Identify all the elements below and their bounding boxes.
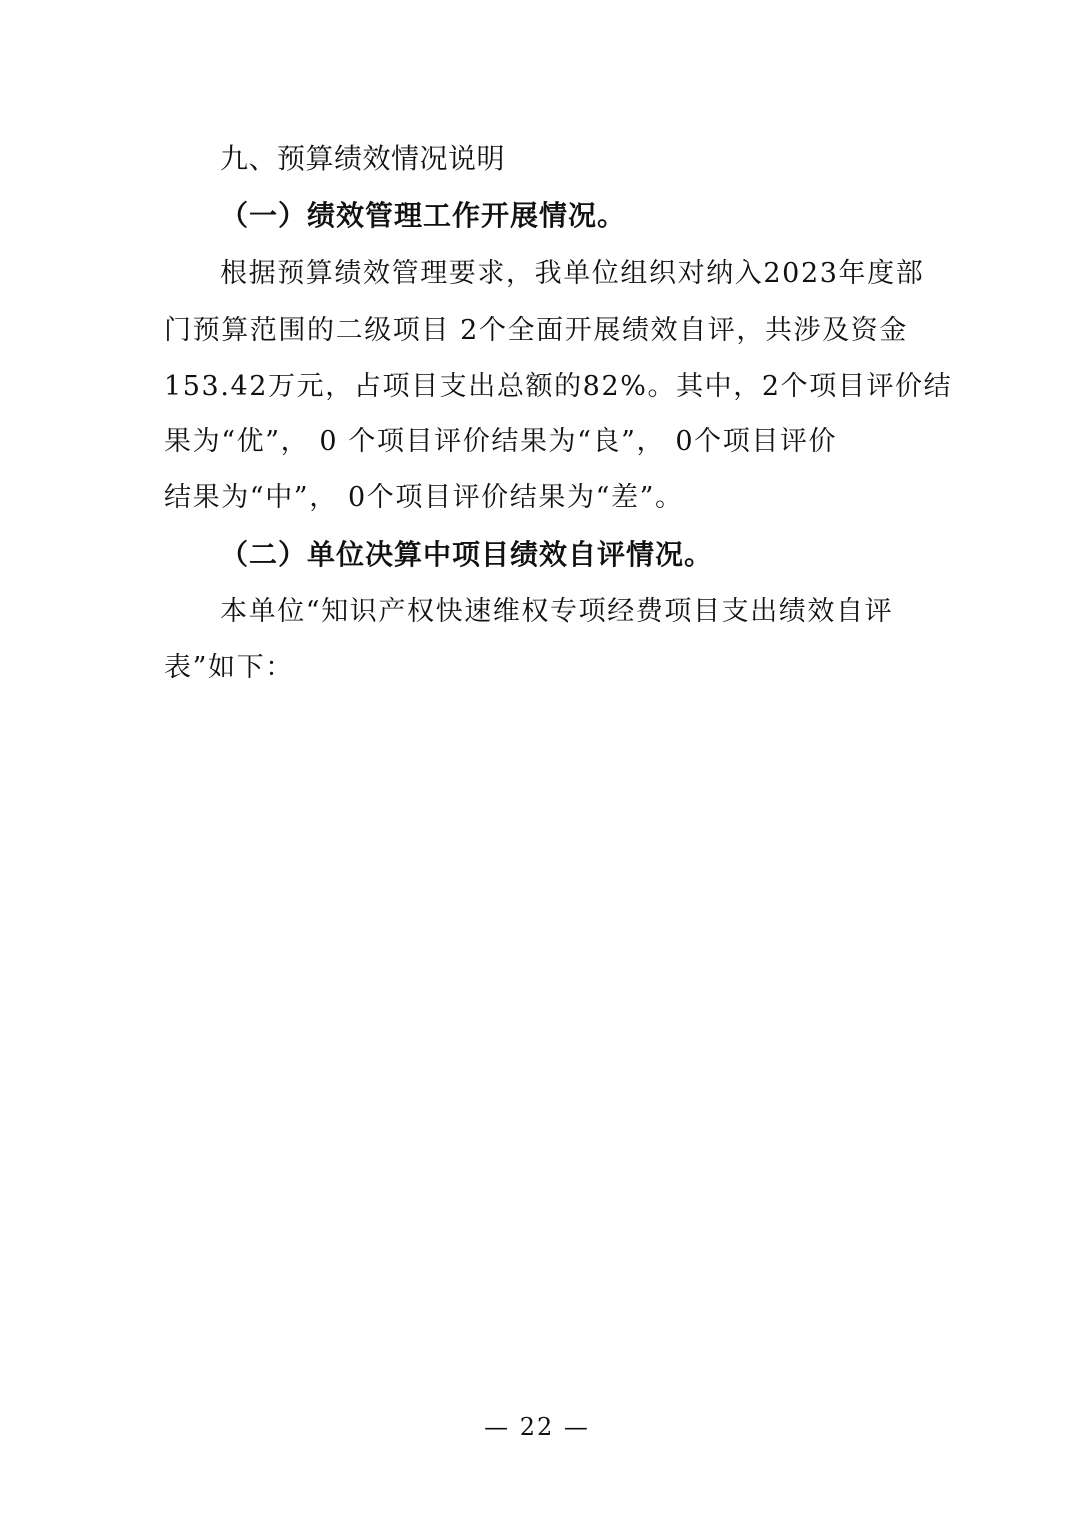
page-number: — 22 — (0, 1412, 1074, 1442)
paragraph-line: 153.42万元，占项目支出总额的82%。其中，2个项目评价结 (164, 370, 952, 404)
paragraph-line: 本单位“知识产权快速维权专项经费项目支出绩效自评 (220, 595, 893, 629)
document-page: 九、预算绩效情况说明 （一）绩效管理工作开展情况。 根据预算绩效管理要求，我单位… (0, 0, 1074, 1520)
paragraph-line: 根据预算绩效管理要求，我单位组织对纳入2023年度部 (220, 257, 924, 291)
paragraph-line: 表”如下： (164, 651, 294, 685)
section-heading: 九、预算绩效情况说明 (220, 142, 505, 176)
paragraph-line: 结果为“中”， 0个项目评价结果为“差”。 (164, 481, 684, 515)
subsection-1-heading: （一）绩效管理工作开展情况。 (220, 199, 626, 233)
paragraph-line: 门预算范围的二级项目 2个全面开展绩效自评，共涉及资金 (164, 314, 908, 348)
subsection-2-heading: （二）单位决算中项目绩效自评情况。 (220, 538, 713, 572)
paragraph-line: 果为“优”， 0 个项目评价结果为“良”， 0个项目评价 (164, 425, 837, 459)
